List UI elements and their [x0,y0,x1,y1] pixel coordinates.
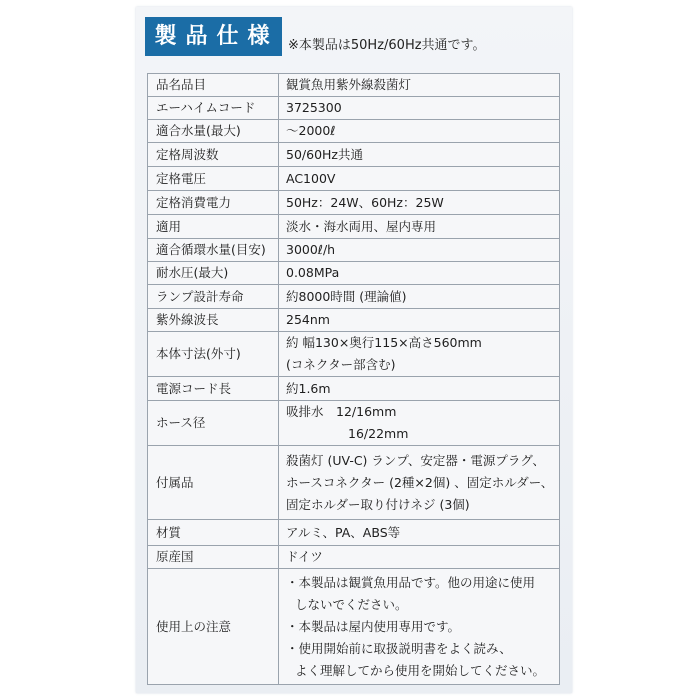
spec-label: 適用 [148,215,279,239]
table-row: ホース径吸排水 12/16mm16/22mm [148,401,560,446]
spec-value-line: 約1.6m [286,378,559,400]
spec-value: 約1.6m [279,377,560,401]
spec-value: 50Hz：24W、60Hz：25W [279,191,560,215]
spec-value-line: 約8000時間 (理論値) [286,286,559,308]
spec-value-line: 0.08MPa [286,262,559,284]
spec-value-line: 淡水・海水両用、屋内専用 [286,216,559,238]
spec-label: 使用上の注意 [148,569,279,685]
spec-value-line: 〜2000ℓ [286,120,559,142]
spec-table: 品名品目観賞魚用紫外線殺菌灯エーハイムコード3725300適合水量(最大)〜20… [147,73,560,685]
frequency-note: ※本製品は50Hz/60Hz共通です。 [288,34,486,53]
spec-value: 〜2000ℓ [279,120,560,143]
spec-label: ランプ設計寿命 [148,285,279,309]
spec-label: 本体寸法(外寸) [148,332,279,377]
spec-value: 3725300 [279,97,560,120]
table-row: 定格消費電力50Hz：24W、60Hz：25W [148,191,560,215]
section-title-badge: 製品仕様 [145,17,282,56]
spec-value-line: AC100V [286,168,559,190]
spec-value-line: 吸排水 12/16mm [286,401,559,423]
spec-label: 定格電圧 [148,167,279,191]
spec-label: 材質 [148,520,279,546]
spec-value: 3000ℓ/h [279,239,560,262]
spec-value-line: 殺菌灯 (UV-C) ランプ、安定器・電源プラグ、 [286,450,559,472]
spec-value-line: ホースコネクター (2種×2個) 、固定ホルダー、 [286,472,559,494]
spec-label: ホース径 [148,401,279,446]
spec-value-line: ・本製品は屋内使用専用です。 [286,616,559,638]
spec-value: 50/60Hz共通 [279,143,560,167]
spec-value-line: アルミ、PA、ABS等 [286,522,559,544]
spec-value: ドイツ [279,546,560,569]
spec-value-line: 3000ℓ/h [286,239,559,261]
spec-card: 製品仕様 ※本製品は50Hz/60Hz共通です。 品名品目観賞魚用紫外線殺菌灯エ… [136,7,572,693]
spec-value: ・本製品は観賞魚用品です。他の用途に使用しないでください。・本製品は屋内使用専用… [279,569,560,685]
spec-value-line: 固定ホルダー取り付けネジ (3個) [286,494,559,516]
table-row: 定格周波数50/60Hz共通 [148,143,560,167]
spec-label: 適合水量(最大) [148,120,279,143]
spec-label: 耐水圧(最大) [148,262,279,285]
spec-value-line: よく理解してから使用を開始してください。 [286,660,559,682]
table-row: 適用淡水・海水両用、屋内専用 [148,215,560,239]
table-row: 耐水圧(最大)0.08MPa [148,262,560,285]
table-row: 電源コード長約1.6m [148,377,560,401]
spec-value: 吸排水 12/16mm16/22mm [279,401,560,446]
table-row: 材質アルミ、PA、ABS等 [148,520,560,546]
spec-value: 観賞魚用紫外線殺菌灯 [279,74,560,97]
spec-value-line: ・使用開始前に取扱説明書をよく読み、 [286,638,559,660]
spec-label: 品名品目 [148,74,279,97]
table-row: 紫外線波長254nm [148,309,560,332]
spec-value-line: 254nm [286,309,559,331]
spec-value: 約 幅130×奥行115×高さ560mm(コネクター部含む) [279,332,560,377]
table-row: 原産国ドイツ [148,546,560,569]
spec-value-line: 観賞魚用紫外線殺菌灯 [286,74,559,96]
table-row: 使用上の注意・本製品は観賞魚用品です。他の用途に使用しないでください。・本製品は… [148,569,560,685]
spec-label: 原産国 [148,546,279,569]
spec-value: AC100V [279,167,560,191]
spec-value-line: ・本製品は観賞魚用品です。他の用途に使用 [286,572,559,594]
spec-label: エーハイムコード [148,97,279,120]
spec-label: 定格消費電力 [148,191,279,215]
table-row: 適合循環水量(目安)3000ℓ/h [148,239,560,262]
spec-value: 254nm [279,309,560,332]
spec-value-line: ドイツ [286,546,559,568]
spec-label: 電源コード長 [148,377,279,401]
spec-value-line: 約 幅130×奥行115×高さ560mm [286,332,559,354]
table-row: エーハイムコード3725300 [148,97,560,120]
table-row: 定格電圧AC100V [148,167,560,191]
spec-value: 淡水・海水両用、屋内専用 [279,215,560,239]
spec-value: 殺菌灯 (UV-C) ランプ、安定器・電源プラグ、ホースコネクター (2種×2個… [279,446,560,520]
spec-value-line: (コネクター部含む) [286,354,559,376]
spec-value: 約8000時間 (理論値) [279,285,560,309]
spec-value-line: しないでください。 [286,594,559,616]
spec-label: 付属品 [148,446,279,520]
table-row: 付属品殺菌灯 (UV-C) ランプ、安定器・電源プラグ、ホースコネクター (2種… [148,446,560,520]
spec-label: 紫外線波長 [148,309,279,332]
spec-value-line: 16/22mm [286,423,559,445]
spec-value-line: 3725300 [286,97,559,119]
table-row: 適合水量(最大)〜2000ℓ [148,120,560,143]
table-row: 本体寸法(外寸)約 幅130×奥行115×高さ560mm(コネクター部含む) [148,332,560,377]
table-row: ランプ設計寿命約8000時間 (理論値) [148,285,560,309]
spec-value-line: 50/60Hz共通 [286,144,559,166]
spec-label: 定格周波数 [148,143,279,167]
spec-value: アルミ、PA、ABS等 [279,520,560,546]
table-row: 品名品目観賞魚用紫外線殺菌灯 [148,74,560,97]
spec-value-line: 50Hz：24W、60Hz：25W [286,192,559,214]
spec-value: 0.08MPa [279,262,560,285]
spec-label: 適合循環水量(目安) [148,239,279,262]
